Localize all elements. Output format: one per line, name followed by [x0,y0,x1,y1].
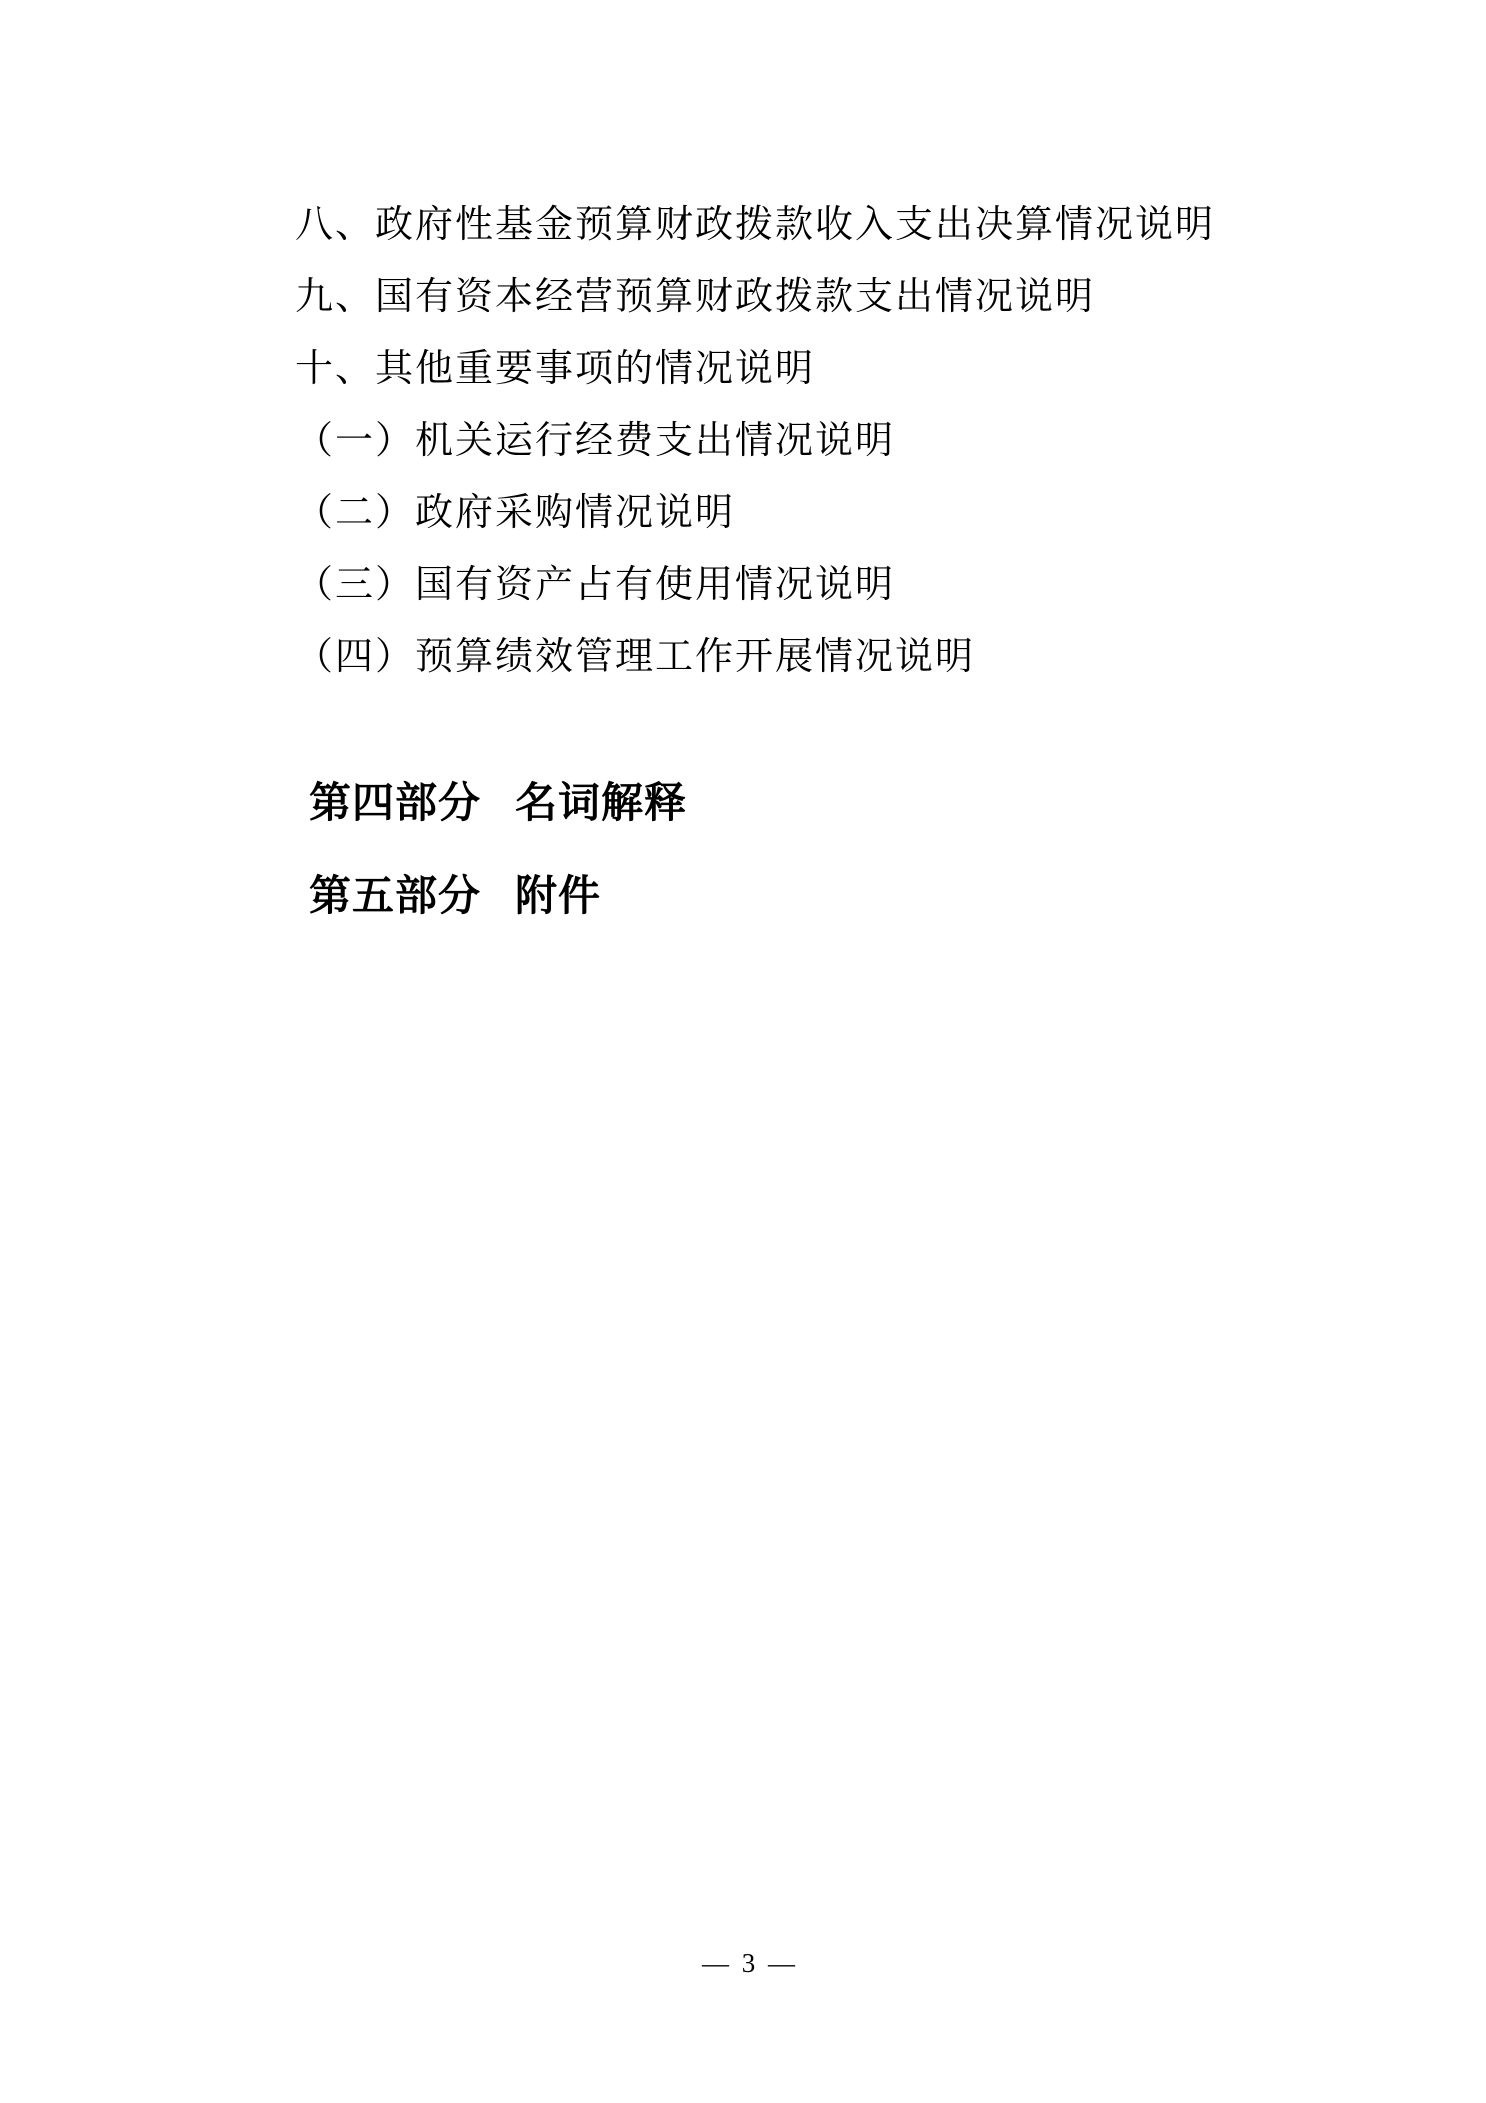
section-heading-part4: 第四部分名词解释 [0,693,1486,767]
toc-item: （四）预算绩效管理工作开展情况说明 [0,621,1486,693]
toc-item: 十、其他重要事项的情况说明 [0,333,1486,405]
section-title: 附件 [515,874,601,920]
section-number: 第四部分 [309,781,481,827]
toc-item: （一）机关运行经费支出情况说明 [0,405,1486,477]
section-title: 名词解释 [515,781,687,827]
section-heading-part5: 第五部分附件 [0,786,1486,860]
section-number: 第五部分 [309,874,481,920]
table-of-contents: 八、政府性基金预算财政拨款收入支出决算情况说明 九、国有资本经营预算财政拨款支出… [0,189,1486,860]
document-page: 八、政府性基金预算财政拨款收入支出决算情况说明 九、国有资本经营预算财政拨款支出… [0,0,1486,2103]
toc-item: 九、国有资本经营预算财政拨款支出情况说明 [0,261,1486,333]
toc-item: （三）国有资产占有使用情况说明 [0,549,1486,621]
toc-item: （二）政府采购情况说明 [0,477,1486,549]
toc-item: 八、政府性基金预算财政拨款收入支出决算情况说明 [0,189,1486,261]
page-number: — 3 — [0,1948,1486,1979]
